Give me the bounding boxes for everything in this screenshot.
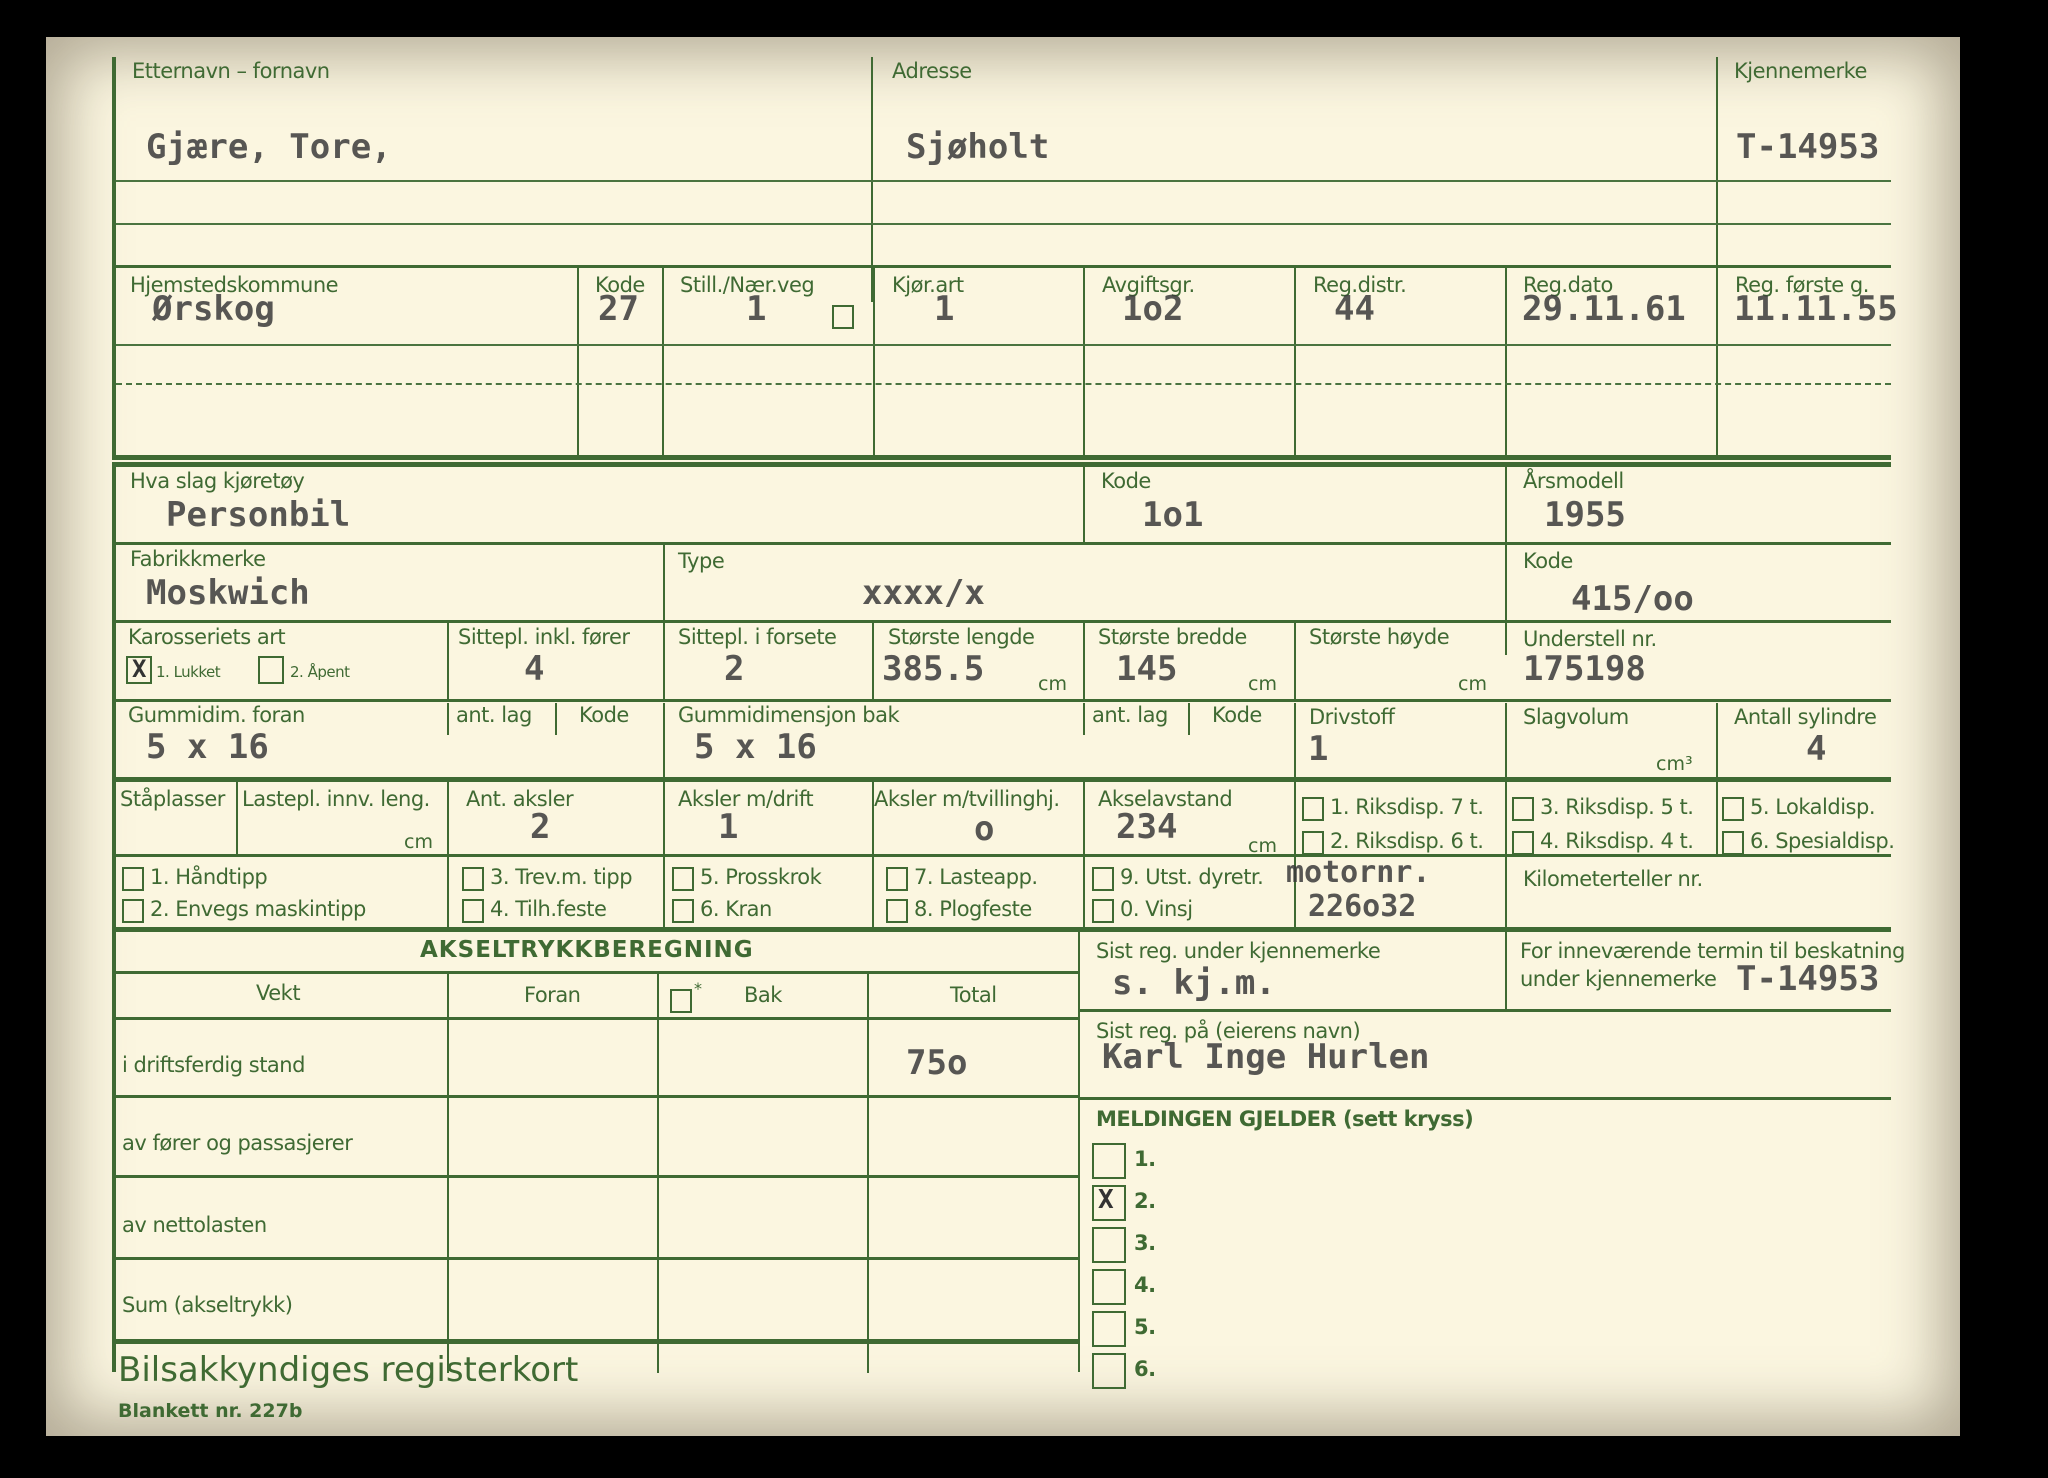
message-option-4: 4.: [1134, 1273, 1156, 1297]
make-code-label: Kode: [1523, 549, 1573, 573]
cylinders-label: Antall sylindre: [1734, 705, 1876, 729]
kind-code-label: Kode: [1101, 469, 1151, 493]
equip-checkbox-3[interactable]: [462, 867, 484, 891]
divider: [1716, 703, 1718, 777]
axles-value: 2: [530, 807, 550, 847]
type-value: xxxx/x: [862, 573, 985, 613]
width-value: 145: [1116, 649, 1177, 689]
body-label: Karosseriets art: [128, 625, 285, 649]
type-label: Type: [678, 549, 724, 573]
row-line: [116, 180, 1891, 182]
equip-checkbox-8[interactable]: [886, 899, 908, 923]
address-value: Sjøholt: [906, 127, 1049, 167]
year-value: 1955: [1544, 495, 1626, 535]
frame-left: [112, 462, 116, 1372]
last-plate-value: s. kj.m.: [1112, 963, 1276, 1003]
divider: [873, 267, 875, 457]
message-option-5: 5.: [1134, 1315, 1156, 1339]
divider: [1505, 930, 1507, 1010]
divider: [555, 703, 557, 735]
bak-asterisk: *: [694, 979, 702, 998]
make-label: Fabrikkmerke: [130, 547, 265, 571]
tire-rear-code-label: Kode: [1212, 703, 1262, 727]
equip-label-8: 8. Plogfeste: [914, 897, 1032, 921]
row-line: [112, 462, 1891, 467]
equip-checkbox-2[interactable]: [122, 899, 144, 923]
municipality-value: Ørskog: [152, 289, 275, 329]
row-line: [116, 620, 1891, 623]
still-checkbox[interactable]: [832, 305, 854, 329]
equip-checkbox-9[interactable]: [1092, 867, 1114, 891]
regdistr-value: 44: [1334, 289, 1375, 329]
disp-checkbox-1[interactable]: [1302, 797, 1324, 821]
divider: [1083, 465, 1085, 543]
tire-front-label: Gummidim. foran: [128, 703, 305, 727]
kind-label: Hva slag kjøretøy: [130, 469, 304, 493]
disp-label-4: 4. Riksdisp. 4 t.: [1540, 829, 1693, 853]
message-title: MELDINGEN GJELDER (sett kryss): [1096, 1107, 1473, 1131]
disp-label-1: 1. Riksdisp. 7 t.: [1330, 795, 1483, 819]
col-bak: Bak: [744, 983, 782, 1007]
row-line: [116, 1017, 1078, 1020]
col-total: Total: [950, 983, 997, 1007]
standing-label: Ståplasser: [120, 787, 225, 811]
row-line: [116, 265, 1891, 268]
motor-value: 226o32: [1308, 889, 1416, 924]
drive-axles-label: Aksler m/drift: [678, 787, 813, 811]
tire-rear-label: Gummidimensjon bak: [678, 703, 899, 727]
message-option-6: 6.: [1134, 1357, 1156, 1381]
equip-label-6: 6. Kran: [700, 897, 772, 921]
divider: [1716, 267, 1718, 457]
row-line: [116, 1175, 1078, 1178]
still-value: 1: [746, 289, 766, 329]
drive-axles-value: 1: [718, 807, 738, 847]
layers-front-label: ant. lag: [456, 703, 532, 727]
kjorart-value: 1: [934, 289, 954, 329]
year-label: Årsmodell: [1523, 469, 1624, 493]
row-line: [112, 927, 1891, 932]
fuel-value: 1: [1308, 729, 1328, 769]
row-line: [116, 542, 1891, 545]
divider: [1083, 703, 1085, 735]
divider: [657, 973, 659, 1373]
message-option-2: 2.: [1134, 1189, 1156, 1213]
last-plate-label: Sist reg. under kjennemerke: [1096, 939, 1380, 963]
message-check-mark: X: [1098, 1185, 1114, 1215]
address-label: Adresse: [892, 59, 972, 83]
bak-checkbox[interactable]: [670, 989, 692, 1013]
seats-value: 4: [524, 649, 544, 689]
row-label-1: i driftsferdig stand: [122, 1053, 305, 1077]
tax-label-2: under kjennemerke: [1520, 967, 1716, 991]
disp-checkbox-2[interactable]: [1302, 831, 1324, 855]
width-unit: cm: [1248, 673, 1277, 695]
message-option-1: 1.: [1134, 1147, 1156, 1171]
disp-label-6: 6. Spesialdisp.: [1750, 829, 1894, 853]
col-vekt: Vekt: [256, 981, 300, 1005]
row-line: [1080, 1009, 1891, 1012]
make-code-value: 415/oo: [1571, 579, 1694, 619]
wheelbase-value: 234: [1116, 807, 1177, 847]
row-label-3: av nettolasten: [122, 1213, 267, 1237]
displacement-unit: cm³: [1656, 753, 1693, 775]
message-checkbox-3[interactable]: [1092, 1227, 1126, 1263]
equip-checkbox-1[interactable]: [122, 867, 144, 891]
message-checkbox-1[interactable]: [1092, 1143, 1126, 1179]
divider: [1188, 703, 1190, 735]
plate-value: T-14953: [1736, 127, 1879, 167]
chassis-label: Understell nr.: [1523, 627, 1657, 651]
divider: [447, 623, 449, 701]
last-owner-value: Karl Inge Hurlen: [1102, 1037, 1430, 1077]
tire-front-value: 5 x 16: [146, 727, 269, 767]
divider: [872, 623, 874, 701]
equip-label-7: 7. Lasteapp.: [914, 865, 1038, 889]
avgift-value: 1o2: [1122, 289, 1183, 329]
row-label-4: Sum (akseltrykk): [122, 1293, 293, 1317]
frame-left: [112, 57, 116, 457]
odometer-label: Kilometerteller nr.: [1523, 867, 1703, 891]
card-title: Bilsakkyndiges registerkort: [118, 1350, 578, 1390]
displacement-label: Slagvolum: [1523, 705, 1629, 729]
row-total-1: 75o: [906, 1043, 967, 1083]
divider: [1294, 703, 1296, 777]
code-value: 27: [598, 289, 639, 329]
row-line: [116, 1257, 1078, 1260]
message-checkbox-5[interactable]: [1092, 1311, 1126, 1347]
row-line: [116, 971, 1078, 974]
form-number: Blankett nr. 227b: [118, 1400, 302, 1422]
divider: [867, 973, 869, 1373]
divider: [447, 703, 449, 735]
divider: [447, 973, 449, 1373]
equip-label-0: 0. Vinsj: [1120, 897, 1193, 921]
cargo-length-unit: cm: [404, 831, 433, 853]
row-line: [116, 777, 1891, 782]
kind-code-value: 1o1: [1142, 495, 1203, 535]
name-value: Gjære, Tore,: [146, 127, 392, 167]
disp-checkbox-5[interactable]: [1722, 797, 1744, 821]
equip-checkbox-7[interactable]: [886, 867, 908, 891]
regdato-value: 29.11.61: [1522, 289, 1686, 329]
registration-card: Etternavn – fornavn Gjære, Tore, Adresse…: [46, 37, 1960, 1436]
axle-calc-title: AKSELTRYKKBEREGNING: [420, 937, 754, 963]
equip-checkbox-5[interactable]: [672, 867, 694, 891]
motor-label: motornr.: [1286, 855, 1431, 890]
row-line: [116, 1095, 1078, 1098]
row-line: [1080, 1097, 1891, 1100]
divider: [1294, 623, 1296, 701]
disp-checkbox-3[interactable]: [1512, 797, 1534, 821]
length-label: Største lengde: [888, 625, 1034, 649]
kind-value: Personbil: [166, 495, 350, 535]
divider: [1083, 267, 1085, 457]
row-line: [116, 223, 1891, 225]
divider: [1078, 927, 1080, 1372]
disp-checkbox-6[interactable]: [1722, 831, 1744, 855]
length-unit: cm: [1038, 673, 1067, 695]
cargo-length-label: Lastepl. innv. leng.: [242, 787, 430, 811]
divider: [1505, 703, 1507, 777]
row-line: [116, 699, 1891, 702]
col-foran: Foran: [524, 983, 581, 1007]
front-seats-label: Sittepl. i forsete: [678, 625, 836, 649]
body-closed-mark: X: [132, 655, 146, 683]
equip-label-3: 3. Trev.m. tipp: [490, 865, 632, 889]
height-label: Største høyde: [1309, 625, 1449, 649]
equip-checkbox-0[interactable]: [1092, 899, 1114, 923]
divider: [1083, 623, 1085, 701]
divider: [1716, 782, 1718, 854]
fuel-label: Drivstoff: [1309, 705, 1394, 729]
divider: [663, 703, 665, 777]
equip-checkbox-6[interactable]: [672, 899, 694, 923]
disp-label-5: 5. Lokaldisp.: [1750, 795, 1875, 819]
layers-rear-label: ant. lag: [1092, 703, 1168, 727]
equip-label-1: 1. Håndtipp: [150, 865, 267, 889]
disp-label-3: 3. Riksdisp. 5 t.: [1540, 795, 1693, 819]
chassis-value: 175198: [1523, 649, 1646, 689]
message-option-3: 3.: [1134, 1231, 1156, 1255]
twin-axles-value: o: [974, 809, 994, 849]
axles-label: Ant. aksler: [466, 787, 573, 811]
name-label: Etternavn – fornavn: [132, 59, 330, 83]
body-closed-label: 1. Lukket: [156, 663, 220, 681]
divider: [577, 267, 579, 457]
width-label: Største bredde: [1098, 625, 1247, 649]
twin-axles-label: Aksler m/tvillinghj.: [874, 787, 1060, 811]
disp-checkbox-4[interactable]: [1512, 831, 1534, 855]
row-line: [116, 383, 1891, 385]
row-line: [116, 344, 1891, 346]
disp-label-2: 2. Riksdisp. 6 t.: [1330, 829, 1483, 853]
seats-label: Sittepl. inkl. fører: [458, 625, 630, 649]
tire-rear-value: 5 x 16: [694, 727, 817, 767]
cylinders-value: 4: [1806, 729, 1826, 769]
height-unit: cm: [1458, 673, 1487, 695]
body-open-label: 2. Åpent: [290, 663, 349, 681]
equip-label-9: 9. Utst. dyretr.: [1120, 865, 1263, 889]
row-line: [116, 854, 1891, 857]
message-checkbox-4[interactable]: [1092, 1269, 1126, 1305]
tire-front-code-label: Kode: [579, 703, 629, 727]
equip-label-2: 2. Envegs maskintipp: [150, 897, 366, 921]
body-open-checkbox[interactable]: [258, 656, 284, 684]
equip-label-5: 5. Prosskrok: [700, 865, 821, 889]
divider: [1294, 267, 1296, 457]
row-line: [112, 1339, 1078, 1344]
divider: [1505, 465, 1507, 655]
divider: [236, 782, 238, 854]
forste-value: 11.11.55: [1734, 289, 1898, 329]
row-label-2: av fører og passasjerer: [122, 1131, 352, 1155]
equip-label-4: 4. Tilh.feste: [490, 897, 606, 921]
length-value: 385.5: [882, 649, 984, 689]
front-seats-value: 2: [724, 649, 744, 689]
equip-checkbox-4[interactable]: [462, 899, 484, 923]
divider: [663, 623, 665, 701]
plate-label: Kjennemerke: [1734, 59, 1867, 83]
message-checkbox-6[interactable]: [1092, 1353, 1126, 1389]
divider: [1505, 267, 1507, 457]
tax-plate-value: T-14953: [1736, 959, 1879, 999]
row-line: [112, 455, 1891, 460]
divider: [662, 267, 664, 457]
make-value: Moskwich: [146, 573, 310, 613]
